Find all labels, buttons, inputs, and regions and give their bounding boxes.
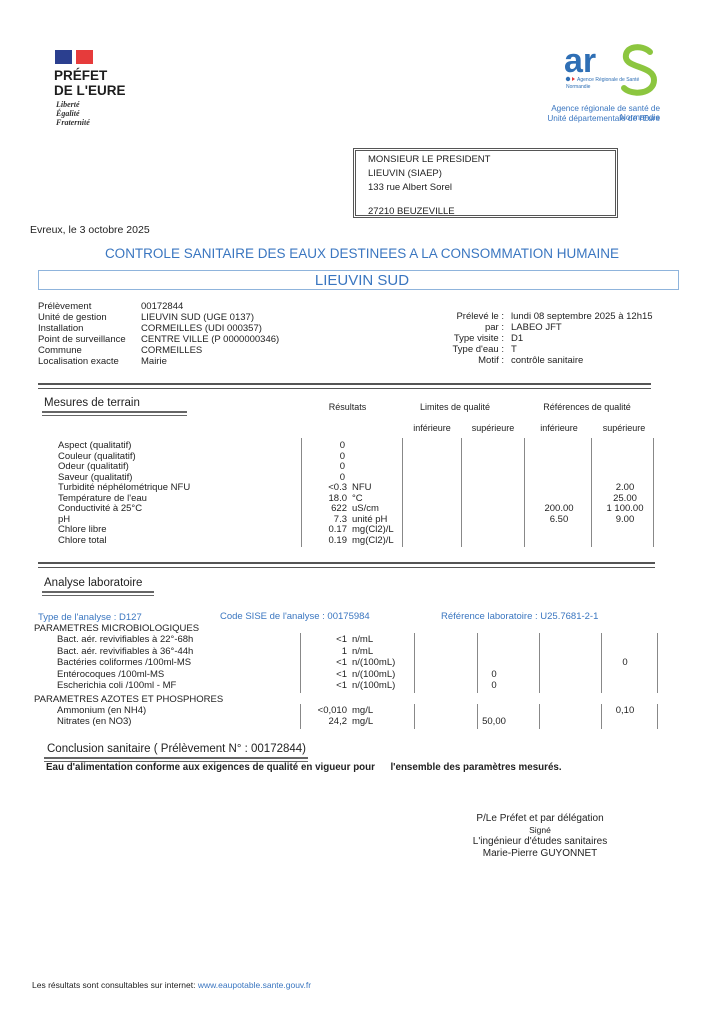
- info-value: Mairie: [141, 357, 279, 368]
- result-unit: n/(100mL): [352, 670, 395, 681]
- result-unit: n/(100mL): [352, 681, 395, 692]
- footer: Les résultats sont consultables sur inte…: [32, 980, 311, 990]
- svg-text:Normandie: Normandie: [566, 84, 591, 90]
- sise-code: Code SISE de l'analyse : 00175984: [220, 612, 370, 623]
- table-row: Turbidité néphélométrique NFU<0.3NFU2.00: [0, 483, 724, 494]
- result-unit: mg(Cl2)/L: [352, 536, 394, 547]
- column-divider: [477, 704, 478, 729]
- param-name: Aspect (qualitatif): [58, 441, 131, 452]
- result-unit: NFU: [352, 483, 372, 494]
- title-underline: [42, 411, 187, 416]
- signature-name: Marie-Pierre GUYONNET: [440, 848, 640, 860]
- conclusion-text-part1: Eau d'alimentation conforme aux exigence…: [46, 762, 375, 773]
- column-divider: [601, 633, 602, 693]
- lab-reference: Référence laboratoire : U25.7681-2-1: [441, 612, 598, 623]
- column-divider: [591, 438, 592, 547]
- recipient-line: 27210 BEUZEVILLE: [368, 206, 455, 217]
- ref-upper: 0,10: [594, 706, 656, 717]
- result-value: <1: [300, 658, 347, 669]
- lab-analysis-title: Analyse laboratoire: [44, 577, 142, 589]
- section-divider: [38, 383, 651, 389]
- prefet-name-line1: PRÉFET: [54, 68, 125, 83]
- result-value: 0.19: [300, 536, 347, 547]
- sampling-details-values: lundi 08 septembre 2025 à 12h15LABEO JFT…: [511, 312, 653, 367]
- result-value: <0,010: [300, 706, 347, 717]
- param-name: Chlore libre: [58, 525, 107, 536]
- sample-info-labels: PrélèvementUnité de gestionInstallationP…: [38, 302, 126, 368]
- column-divider: [402, 438, 403, 547]
- svg-text:Agence Régionale de Santé: Agence Régionale de Santé: [577, 77, 639, 83]
- info-value: D1: [511, 334, 653, 345]
- motto-fraternite: Fraternité: [56, 118, 90, 127]
- result-value: <1: [300, 635, 347, 646]
- column-divider: [601, 704, 602, 729]
- result-unit: mg/L: [352, 706, 373, 717]
- param-name: Odeur (qualitatif): [58, 462, 129, 473]
- param-name: Ammonium (en NH4): [57, 706, 146, 717]
- result-unit: uS/cm: [352, 504, 379, 515]
- table-row: Escherichia coli /100ml - MF<1n/(100mL)0: [0, 681, 724, 693]
- prefet-logo-text: PRÉFET DE L'EURE: [54, 68, 125, 98]
- conclusion-text: Eau d'alimentation conforme aux exigence…: [46, 762, 562, 773]
- signature-title: L'ingénieur d'études sanitaires: [440, 836, 640, 848]
- param-name: Conductivité à 25°C: [58, 504, 142, 515]
- table-row: Chlore libre0.17mg(Cl2)/L: [0, 525, 724, 536]
- result-value: 0: [300, 452, 345, 463]
- limit-upper: 0: [463, 681, 525, 692]
- table-row: Odeur (qualitatif)0: [0, 462, 724, 473]
- param-name: Bact. aér. revivifiables à 22°-68h: [57, 635, 193, 646]
- section-divider: [38, 562, 655, 568]
- result-value: <0.3: [300, 483, 347, 494]
- column-divider: [300, 633, 301, 693]
- document-title: CONTROLE SANITAIRE DES EAUX DESTINEES A …: [0, 246, 724, 261]
- result-unit: mg(Cl2)/L: [352, 525, 394, 536]
- table-row: Bactéries coliformes /100ml-MS<1n/(100mL…: [0, 658, 724, 670]
- result-value: 0.17: [300, 525, 347, 536]
- header-references: Références de qualité: [527, 402, 647, 412]
- result-unit: n/(100mL): [352, 658, 395, 669]
- header-ref-lower: inférieure: [526, 423, 592, 433]
- motto-egalite: Égalité: [56, 109, 90, 118]
- motto-liberte: Liberté: [56, 100, 90, 109]
- result-value: 0: [300, 462, 345, 473]
- ref-upper: 0: [594, 658, 656, 669]
- column-divider: [539, 633, 540, 693]
- result-value: <1: [300, 681, 347, 692]
- french-flag-icon: [55, 50, 93, 64]
- column-divider: [414, 704, 415, 729]
- prefet-name-line2: DE L'EURE: [54, 83, 125, 98]
- column-divider: [657, 704, 658, 729]
- column-divider: [477, 633, 478, 693]
- table-row: Nitrates (en NO3)24,2mg/L50,00: [0, 717, 724, 729]
- result-value: 1: [300, 647, 347, 658]
- parameter-group-title: PARAMETRES AZOTES ET PHOSPHORES: [34, 695, 223, 706]
- field-measures-title: Mesures de terrain: [44, 397, 140, 409]
- recipient-line: LIEUVIN (SIAEP): [368, 168, 442, 179]
- ars-unit-name: Unité départementale de l'Eure: [510, 114, 660, 123]
- table-row: Conductivité à 25°C622uS/cm200.001 100.0…: [0, 504, 724, 515]
- svg-text:ar: ar: [564, 42, 596, 80]
- title-underline: [42, 591, 154, 596]
- recipient-line: MONSIEUR LE PRESIDENT: [368, 154, 490, 165]
- ref-lower: 6.50: [526, 515, 592, 526]
- ref-upper: 1 100.00: [594, 504, 656, 515]
- result-unit: mg/L: [352, 717, 373, 728]
- ref-upper: 2.00: [594, 483, 656, 494]
- param-name: Entérocoques /100ml-MS: [57, 670, 164, 681]
- param-name: Bact. aér. revivifiables à 36°-44h: [57, 647, 193, 658]
- result-value: 0: [300, 441, 345, 452]
- column-divider: [461, 438, 462, 547]
- republic-motto: Liberté Égalité Fraternité: [56, 100, 90, 127]
- result-unit: n/mL: [352, 647, 373, 658]
- conclusion-title: Conclusion sanitaire ( Prélèvement N° : …: [47, 743, 306, 755]
- signature-signed: Signé: [440, 825, 640, 837]
- info-value: LABEO JFT: [511, 323, 653, 334]
- footer-text: Les résultats sont consultables sur inte…: [32, 980, 195, 990]
- result-value: 24,2: [300, 717, 347, 728]
- sample-info-values: 00172844LIEUVIN SUD (UGE 0137)CORMEILLES…: [141, 302, 279, 368]
- recipient-line: 133 rue Albert Sorel: [368, 182, 452, 193]
- info-value: contrôle sanitaire: [511, 356, 653, 367]
- signature-block: P/Le Préfet et par délégation Signé L'in…: [440, 813, 640, 859]
- info-label: Localisation exacte: [38, 357, 126, 368]
- conclusion-text-part2: l'ensemble des paramètres mesurés.: [390, 762, 561, 773]
- analysis-type: Type de l'analyse : D127: [38, 613, 142, 624]
- table-row: Bact. aér. revivifiables à 22°-68h<1n/mL: [0, 635, 724, 647]
- ref-upper: 9.00: [594, 515, 656, 526]
- recipient-address-box: MONSIEUR LE PRESIDENT LIEUVIN (SIAEP) 13…: [353, 148, 618, 218]
- param-name: Chlore total: [58, 536, 107, 547]
- ars-logo-icon: ar Agence Régionale de Santé Normandie: [562, 42, 662, 98]
- param-name: Bactéries coliformes /100ml-MS: [57, 658, 191, 669]
- param-name: Nitrates (en NO3): [57, 717, 131, 728]
- result-unit: n/mL: [352, 635, 373, 646]
- header-results: Résultats: [310, 402, 385, 412]
- header-limits: Limites de qualité: [395, 402, 515, 412]
- table-row: Aspect (qualitatif)0: [0, 441, 724, 452]
- table-row: Chlore total0.19mg(Cl2)/L: [0, 536, 724, 547]
- signature-line1: P/Le Préfet et par délégation: [440, 813, 640, 825]
- column-divider: [524, 438, 525, 547]
- header-ref-upper: supérieure: [593, 423, 655, 433]
- letter-date: Evreux, le 3 octobre 2025: [30, 224, 150, 236]
- info-label: Motif :: [410, 356, 504, 367]
- column-divider: [414, 633, 415, 693]
- param-name: Escherichia coli /100ml - MF: [57, 681, 176, 692]
- results-website-link[interactable]: www.eaupotable.sante.gouv.fr: [198, 980, 311, 990]
- limit-upper: 0: [463, 670, 525, 681]
- column-divider: [539, 704, 540, 729]
- param-name: Turbidité néphélométrique NFU: [58, 483, 190, 494]
- result-value: <1: [300, 670, 347, 681]
- column-divider: [300, 704, 301, 729]
- header-limit-lower: inférieure: [403, 423, 461, 433]
- site-title: LIEUVIN SUD: [0, 272, 724, 289]
- result-value: 622: [300, 504, 347, 515]
- parameter-group-title: PARAMETRES MICROBIOLOGIQUES: [34, 624, 199, 635]
- column-divider: [657, 633, 658, 693]
- header-limit-upper: supérieure: [462, 423, 524, 433]
- sampling-details-labels: Prélevé le :par :Type visite :Type d'eau…: [410, 312, 504, 367]
- limit-upper: 50,00: [463, 717, 525, 728]
- ref-lower: 200.00: [526, 504, 592, 515]
- column-divider: [653, 438, 654, 547]
- column-divider: [301, 438, 302, 547]
